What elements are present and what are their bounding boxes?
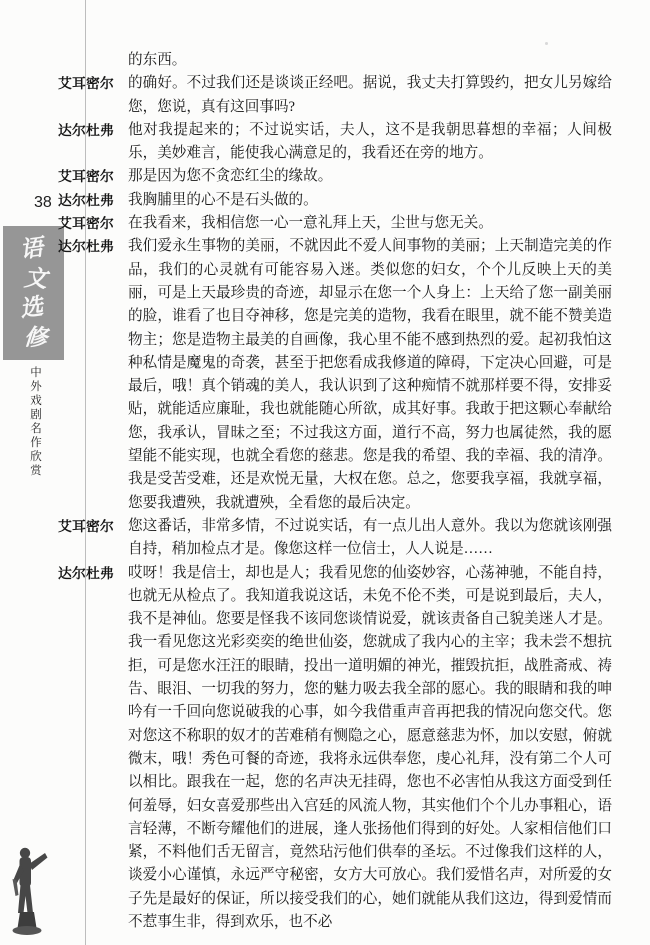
speech-row: 艾耳密尔那是因为您不贪恋红尘的缘故。 xyxy=(128,165,612,188)
speech-text: 我胸脯里的心不是石头做的。 xyxy=(128,192,318,208)
series-title-char: 文 xyxy=(23,266,48,291)
speech-text: 的东西。 xyxy=(128,52,186,68)
subseries-title: 中外戏剧名作欣赏 xyxy=(27,366,43,478)
speech-text: 的确好。不过我们还是谈谈正经吧。据说，我丈夫打算毁约，把女儿另嫁给您，您说，真有… xyxy=(128,75,612,114)
dialogue-text-block: 的东西。 艾耳密尔的确好。不过我们还是谈谈正经吧。据说，我丈夫打算毁约，把女儿另… xyxy=(128,49,612,934)
speech-text: 哎呀！我是信士，却也是人；我看见您的仙姿妙容，心荡神驰，不能自持，也就无从检点了… xyxy=(128,565,612,930)
series-title-char: 语 xyxy=(19,236,45,262)
scan-artifact-dot xyxy=(545,42,548,45)
speaker-name: 达尔杜弗 xyxy=(58,235,124,258)
series-title-block: 语文选修 xyxy=(3,226,64,360)
speaker-name: 达尔杜弗 xyxy=(58,189,124,212)
speech-row: 达尔杜弗他对我提起来的；不过说实话，夫人，这不是我朝思暮想的幸福；人间极乐，美妙… xyxy=(128,119,612,166)
speech-row: 达尔杜弗哎呀！我是信士，却也是人；我看见您的仙姿妙容，心荡神驰，不能自持，也就无… xyxy=(128,562,612,935)
speech-text: 那是因为您不贪恋红尘的缘故。 xyxy=(128,168,332,184)
speaker-name: 艾耳密尔 xyxy=(58,212,124,235)
speaker-name: 达尔杜弗 xyxy=(58,119,124,142)
series-title-char: 修 xyxy=(23,326,48,351)
series-title-char: 选 xyxy=(19,295,45,321)
speech-row: 的东西。 xyxy=(128,49,612,72)
statue-figure-icon xyxy=(8,843,52,937)
speaker-name: 达尔杜弗 xyxy=(58,562,124,585)
speech-row: 达尔杜弗我胸脯里的心不是石头做的。 xyxy=(128,189,612,212)
page-number: 38 xyxy=(34,194,52,212)
speech-text: 我们爱永生事物的美丽，不就因此不爱人间事物的美丽；上天制造完美的作品，我们的心灵… xyxy=(128,238,612,510)
speech-row: 达尔杜弗我们爱永生事物的美丽，不就因此不爱人间事物的美丽；上天制造完美的作品，我… xyxy=(128,235,612,515)
speech-text: 您这番话，非常多情，不过说实话，有一点儿出人意外。我以为您就该刚强自持，稍加检点… xyxy=(128,518,612,557)
speech-text: 在我看来，我相信您一心一意礼拜上天，尘世与您无关。 xyxy=(128,215,493,231)
speech-text: 他对我提起来的；不过说实话，夫人，这不是我朝思暮想的幸福；人间极乐，美妙难言，能… xyxy=(128,122,612,161)
speech-row: 艾耳密尔的确好。不过我们还是谈谈正经吧。据说，我丈夫打算毁约，把女儿另嫁给您，您… xyxy=(128,72,612,119)
speaker-name: 艾耳密尔 xyxy=(58,515,124,538)
speaker-name: 艾耳密尔 xyxy=(58,72,124,95)
book-page: 38 语文选修 中外戏剧名作欣赏 的东西。 艾耳密尔的确好。不过我们还是谈谈正经… xyxy=(0,0,650,945)
speech-row: 艾耳密尔在我看来，我相信您一心一意礼拜上天，尘世与您无关。 xyxy=(128,212,612,235)
speech-row: 艾耳密尔您这番话，非常多情，不过说实话，有一点儿出人意外。我以为您就该刚强自持，… xyxy=(128,515,612,562)
speaker-name: 艾耳密尔 xyxy=(58,165,124,188)
